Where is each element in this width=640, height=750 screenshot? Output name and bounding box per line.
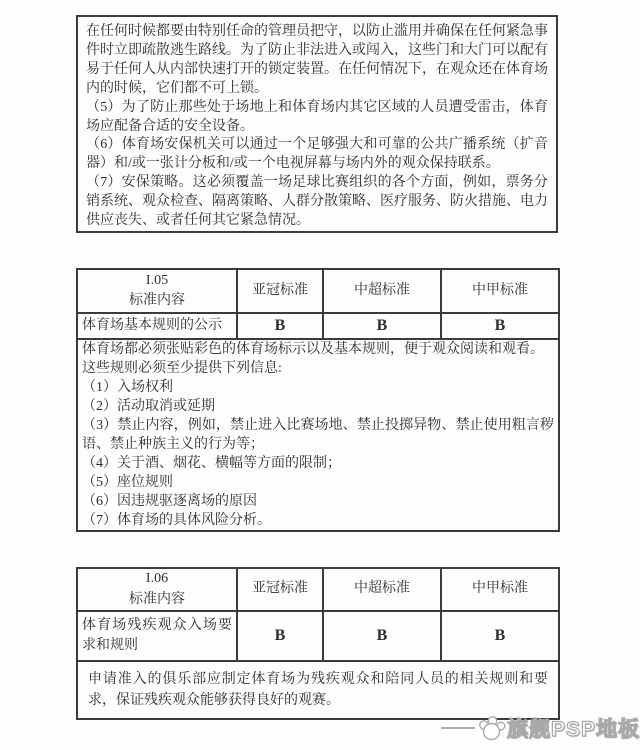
row-label: 体育场基本规则的公示 [77,313,237,339]
standard-content-label: 标准内容 [82,590,232,610]
standard-content-label: 标准内容 [82,291,232,311]
watermark: 旗舰PSP地板 [441,713,640,743]
watermark-text: 旗舰PSP地板 [507,713,640,743]
standard-table-i05: I.05 标准内容 亚冠标准 中超标准 中甲标准 体育场基本规则的公示 B B … [76,268,560,532]
security-paragraph: 在任何时候都要由特别任命的管理员把守，以防止滥用并确保在任何紧急事件时立即疏散逃… [86,23,548,99]
note-line: （1）入场权利 [82,378,554,397]
security-notes-section: 在任何时候都要由特别任命的管理员把守，以防止滥用并确保在任何紧急事件时立即疏散逃… [76,15,558,233]
document-page: 在任何时候都要由特别任命的管理员把守，以防止滥用并确保在任何紧急事件时立即疏散逃… [0,0,640,750]
security-paragraph: （6）体育场安保机关可以通过一个足够强大和可靠的公共广播系统（扩音器）和/或一张… [86,136,548,174]
column-header-afc: 亚冠标准 [237,269,323,313]
note-cell: 申请准入的俱乐部应制定体育场为残疾观众和陪同人员的相关规则和要求，保证残疾观众能… [77,661,559,719]
standard-code-cell: I.05 标准内容 [77,269,237,313]
note-line: （4）关于酒、烟花、横幅等方面的限制； [82,454,554,473]
grade-cell: B [237,313,323,339]
note-line: （2）活动取消或延期 [82,397,554,416]
grade-cell: B [323,611,441,661]
standard-row: 体育场基本规则的公示 B B B [77,313,559,339]
security-paragraph: （5）为了防止那些处于场地上和体育场内其它区域的人员遭受雷击，体育场应配备合适的… [86,99,548,137]
security-paragraph: （7）安保策略。这必须覆盖一场足球比赛组织的各个方面，例如，票务分销系统、观众检… [86,174,548,231]
grade-cell: B [441,313,559,339]
note-row: 申请准入的俱乐部应制定体育场为残疾观众和陪同人员的相关规则和要求，保证残疾观众能… [77,661,559,719]
note-line: （3）禁止内容，例如，禁止进入比赛场地、禁止投掷异物、禁止使用粗言秽语、禁止种族… [82,416,554,454]
note-line: 这些规则必须至少提供下列信息: [82,359,554,378]
grade-cell: B [237,611,323,661]
note-cell: 体育场都必须张贴彩色的体育场标示以及基本规则，便于观众阅读和观看。 这些规则必须… [77,339,559,531]
column-header-league1: 中甲标准 [441,568,559,611]
note-line: （5）座位规则 [82,473,554,492]
column-header-afc: 亚冠标准 [237,568,323,611]
header-row: I.05 标准内容 亚冠标准 中超标准 中甲标准 [77,269,559,313]
row-label: 体育场残疾观众入场要求和规则 [77,611,237,661]
paw-logo-icon [477,715,507,742]
standard-code-cell: I.06 标准内容 [77,568,237,611]
standard-code: I.05 [82,271,232,291]
standard-table-i06: I.06 标准内容 亚冠标准 中超标准 中甲标准 体育场残疾观众入场要求和规则 … [76,567,560,720]
column-header-csl: 中超标准 [323,269,441,313]
note-line: （7）体育场的具体风险分析。 [82,511,554,530]
column-header-csl: 中超标准 [323,568,441,611]
note-row: 体育场都必须张贴彩色的体育场标示以及基本规则，便于观众阅读和观看。 这些规则必须… [77,339,559,531]
grade-cell: B [323,313,441,339]
grade-cell: B [441,611,559,661]
note-line: 申请准入的俱乐部应制定体育场为残疾观众和陪同人员的相关规则和要求，保证残疾观众能… [88,669,548,712]
watermark-line [441,727,475,729]
standard-code: I.06 [82,569,232,589]
header-row: I.06 标准内容 亚冠标准 中超标准 中甲标准 [77,568,559,611]
column-header-league1: 中甲标准 [441,269,559,313]
note-line: 体育场都必须张贴彩色的体育场标示以及基本规则，便于观众阅读和观看。 [82,340,554,359]
note-line: （6）因违规驱逐离场的原因 [82,492,554,511]
standard-row: 体育场残疾观众入场要求和规则 B B B [77,611,559,661]
